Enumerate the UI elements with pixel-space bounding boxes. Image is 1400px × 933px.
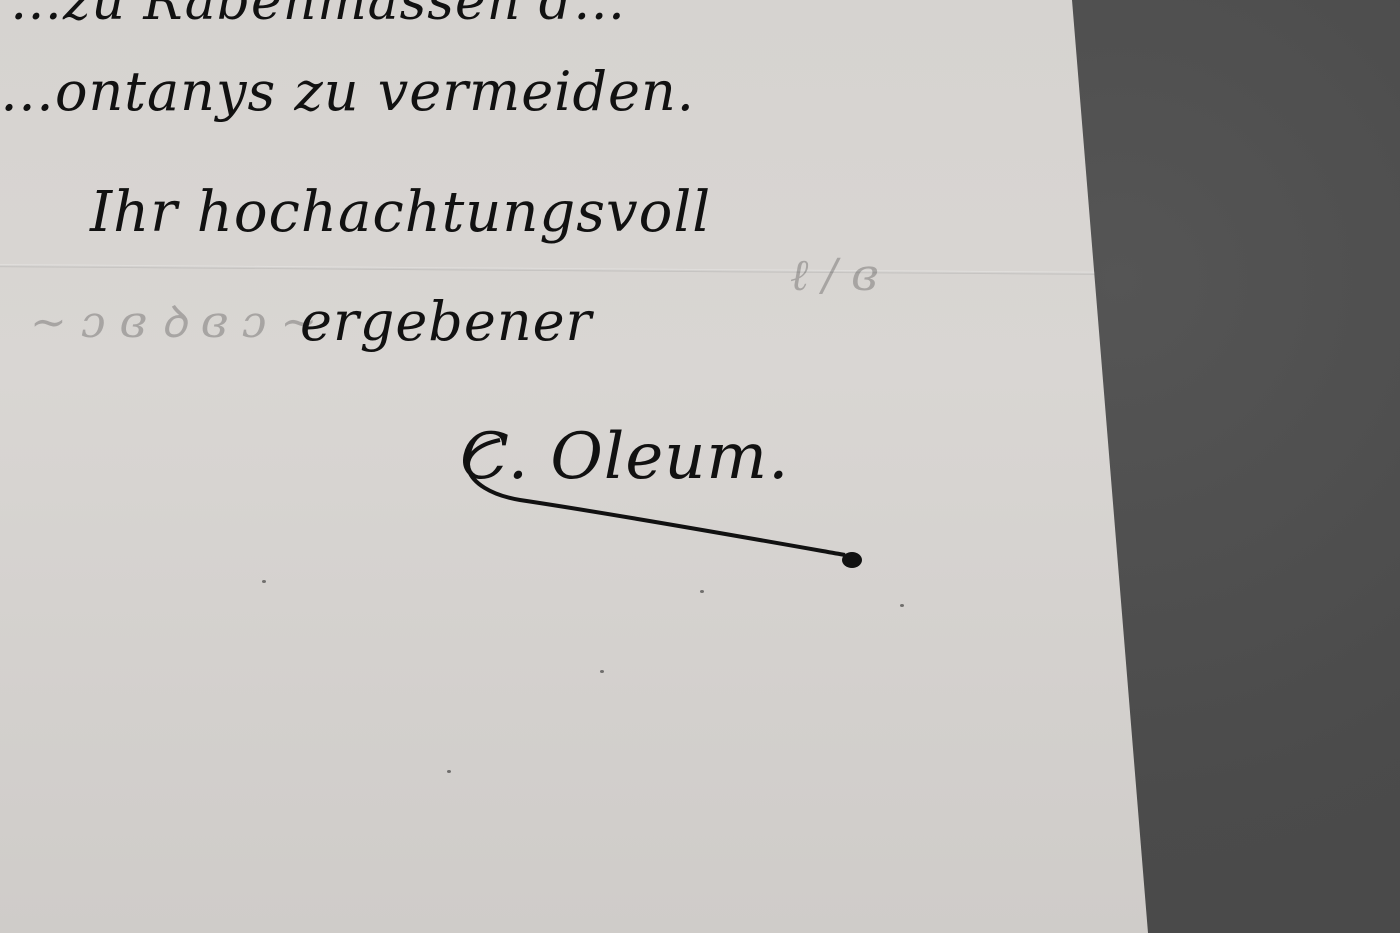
signature-flourish-icon [460, 430, 880, 590]
paper-fold-crease [0, 264, 1100, 275]
handwritten-line-2: …ontanys zu vermeiden. [0, 60, 695, 123]
bleed-through-text: ~ ɔ ɞ ꝺ ɞ ɔ ~ [30, 290, 317, 350]
closing-line-1: Ihr hochachtungsvoll [90, 180, 711, 245]
handwritten-line-1: …zu Rabenmassen d… [10, 0, 626, 32]
closing-line-2: ergebener [300, 290, 592, 353]
bleed-through-text: ℓ / ɞ [790, 250, 878, 301]
